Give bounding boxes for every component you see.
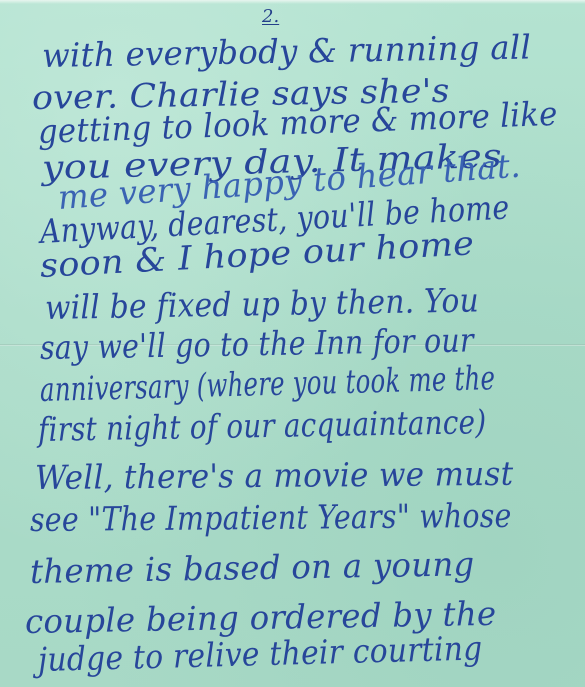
letter-body: with everybody & running all over. Charl…	[0, 0, 585, 687]
letter-page: 2. with everybody & running all over. Ch…	[0, 0, 585, 687]
letter-line: see "The Impatient Years" whose	[30, 496, 512, 540]
letter-line: first night of our acquaintance)	[38, 402, 487, 450]
letter-line: theme is based on a young	[30, 544, 475, 592]
letter-line: with everybody & running all	[42, 27, 532, 76]
letter-line: Well, there's a movie we must	[35, 454, 514, 498]
